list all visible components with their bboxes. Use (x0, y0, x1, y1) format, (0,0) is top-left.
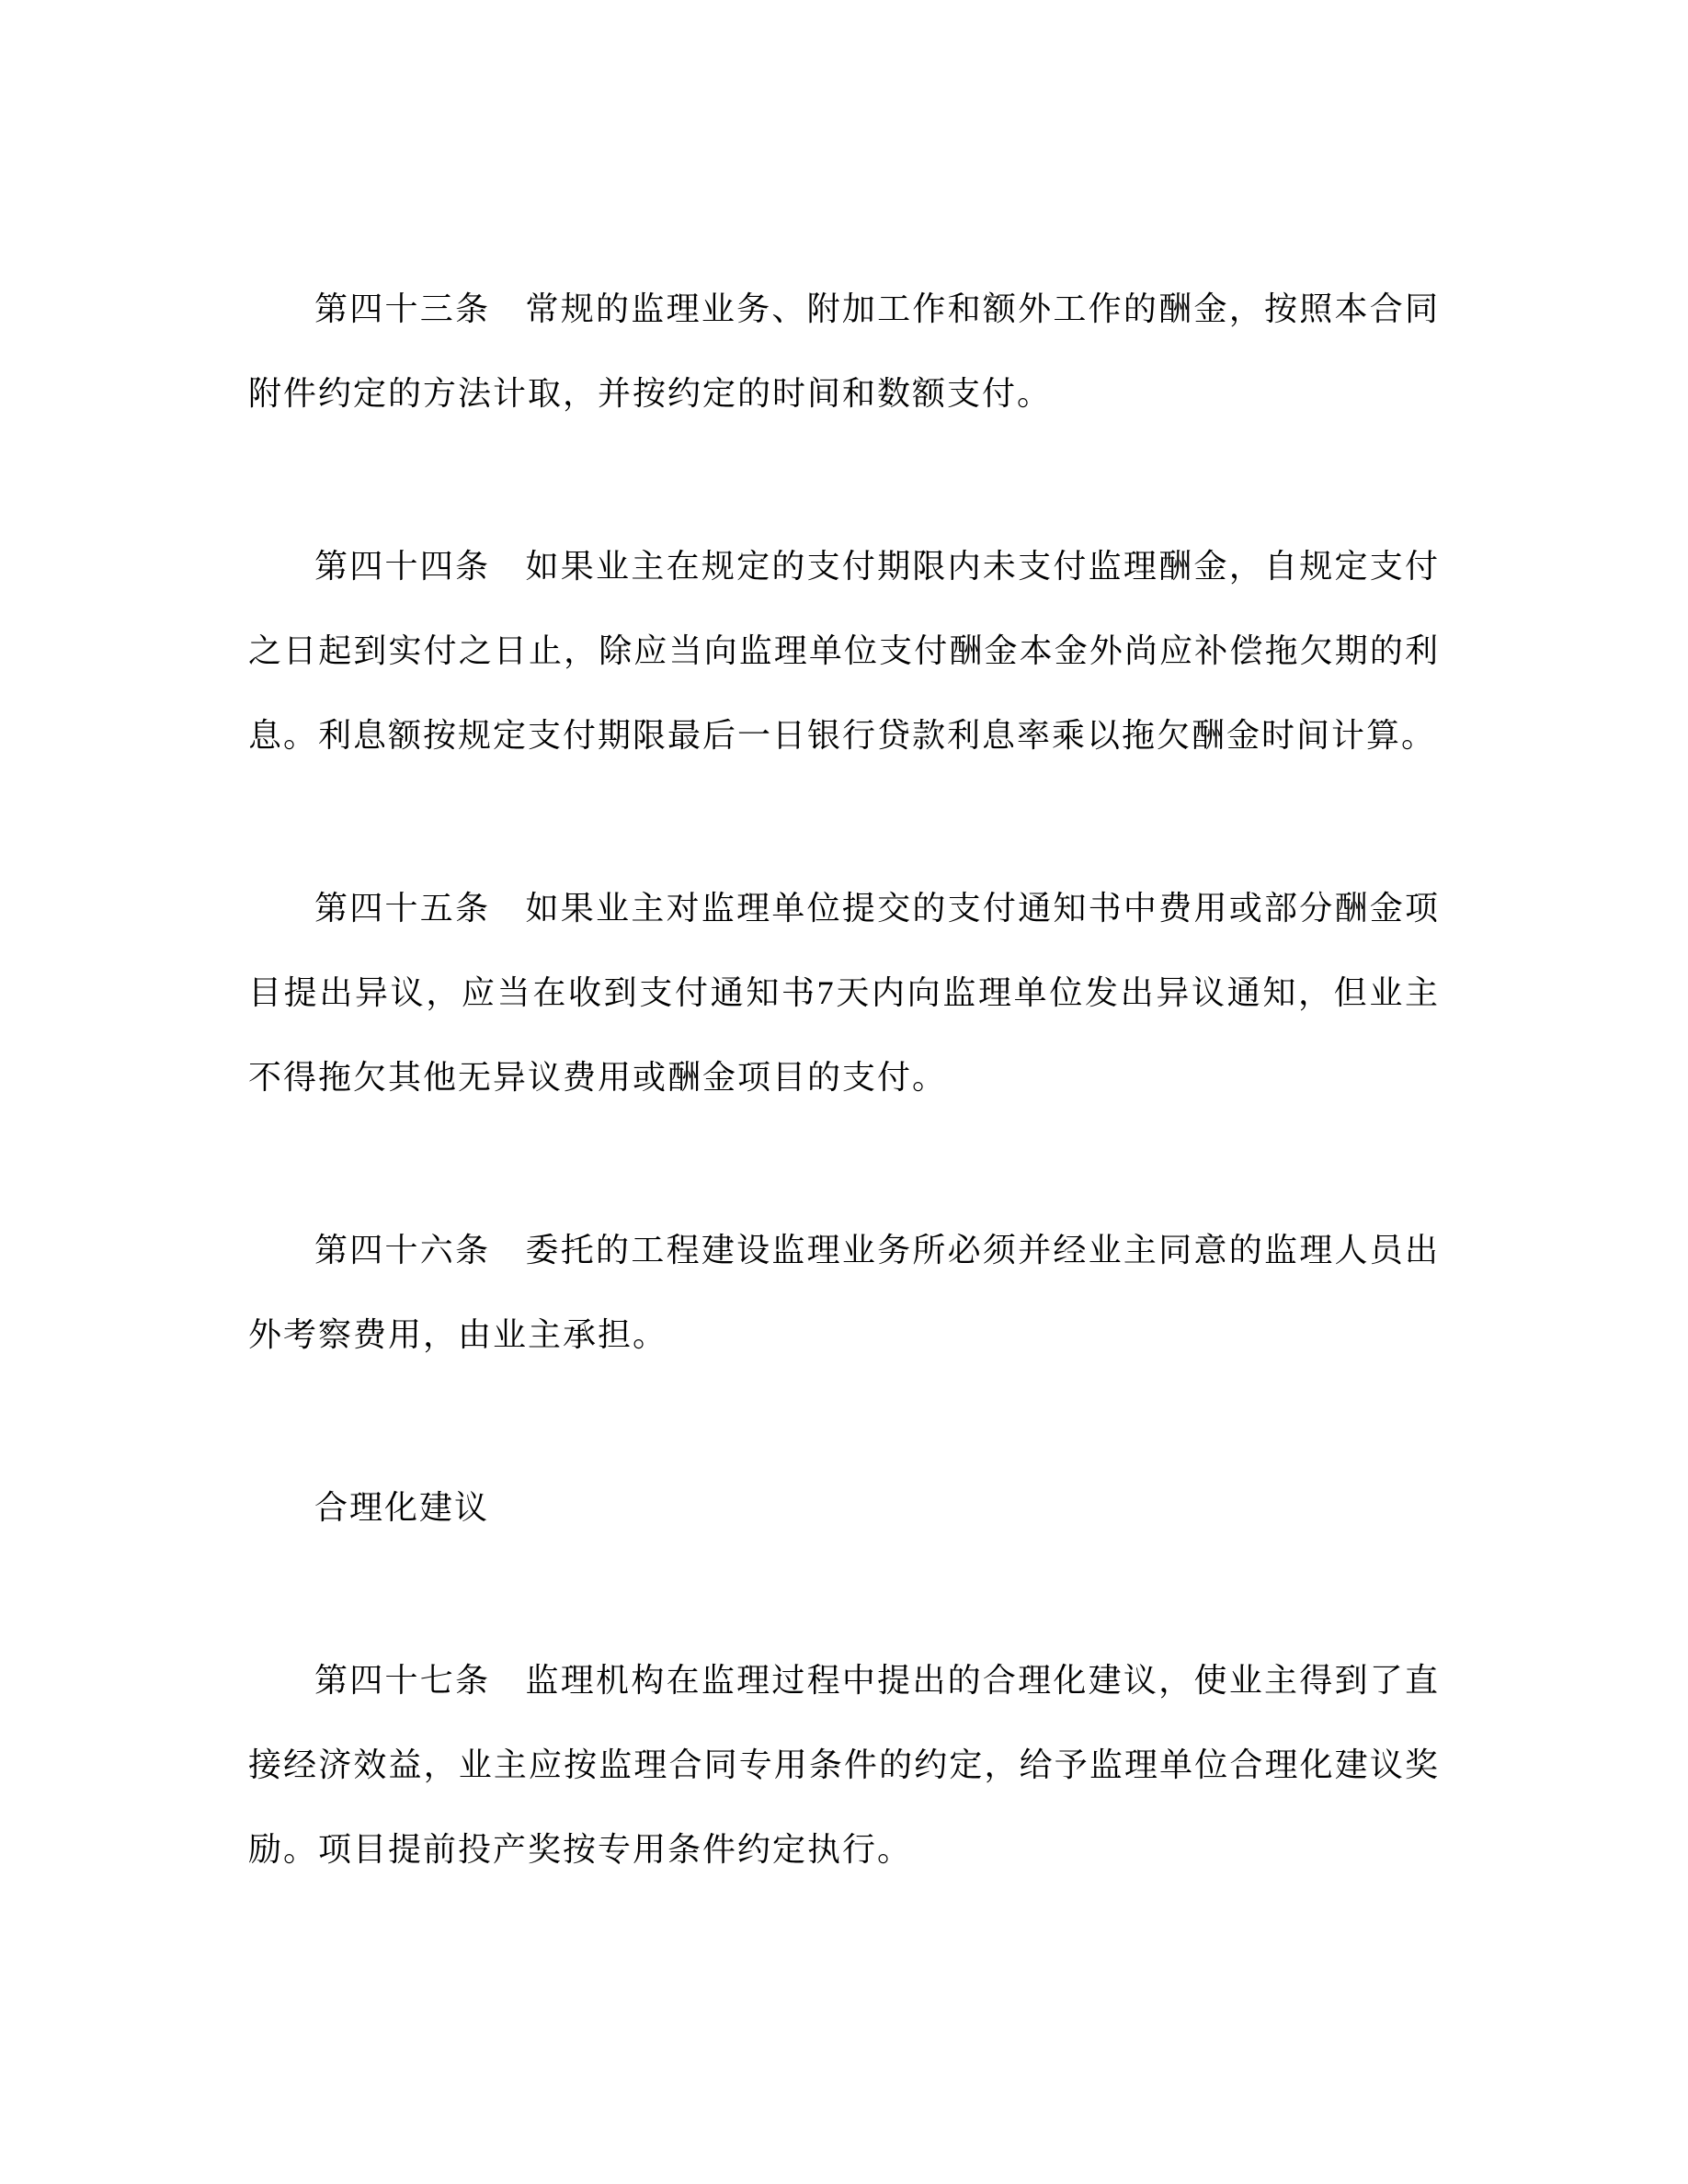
contract-article-45: 第四十五条 如果业主对监理单位提交的支付通知书中费用或部分酬金项目提出异议，应当… (248, 866, 1440, 1120)
section-heading-rationalization-proposal: 合理化建议 (248, 1465, 1440, 1550)
contract-article-46: 第四十六条 委托的工程建设监理业务所必须并经业主同意的监理人员出外考察费用，由业… (248, 1208, 1440, 1377)
contract-article-44: 第四十四条 如果业主在规定的支付期限内未支付监理酬金，自规定支付之日起到实付之日… (248, 524, 1440, 778)
contract-article-43: 第四十三条 常规的监理业务、附加工作和额外工作的酬金，按照本合同附件约定的方法计… (248, 267, 1440, 436)
contract-article-47: 第四十七条 监理机构在监理过程中提出的合理化建议，使业主得到了直接经济效益，业主… (248, 1638, 1440, 1892)
document-page: 第四十三条 常规的监理业务、附加工作和额外工作的酬金，按照本合同附件约定的方法计… (0, 0, 1688, 2184)
document-body: 第四十三条 常规的监理业务、附加工作和额外工作的酬金，按照本合同附件约定的方法计… (248, 267, 1440, 1892)
